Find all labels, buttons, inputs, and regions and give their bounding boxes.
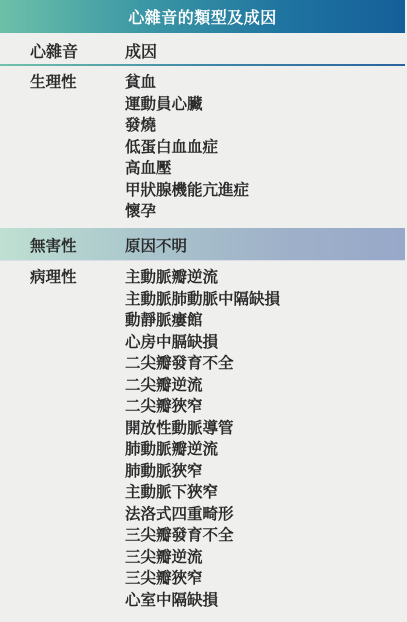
cause-item: 開放性動脈導管 <box>125 418 280 440</box>
table-header: 心雜音 成因 <box>0 33 407 64</box>
murmur-type: 病理性 <box>30 267 77 289</box>
cause-item: 主動脈瓣逆流 <box>125 267 280 289</box>
cause-item: 主動脈肺動脈中隔缺損 <box>125 289 280 311</box>
group-innocent: 無害性 原因不明 <box>0 228 405 261</box>
cause-list: 主動脈瓣逆流 主動脈肺動脈中隔缺損 動靜脈瘻館 心房中膈缺損 二尖瓣發育不全 二… <box>125 267 280 611</box>
cause-item: 甲狀腺機能亢進症 <box>125 180 249 202</box>
cause-item: 原因不明 <box>125 234 187 256</box>
cause-item: 主動脈下狹窄 <box>125 482 280 504</box>
cause-item: 三尖瓣逆流 <box>125 547 280 569</box>
cause-item: 肺動脈狹窄 <box>125 461 280 483</box>
cause-item: 貧血 <box>125 72 249 94</box>
table-title: 心雜音的類型及成因 <box>0 0 405 33</box>
column-header-murmur: 心雜音 <box>30 39 78 62</box>
cause-item: 發燒 <box>125 115 249 137</box>
cause-item: 二尖瓣狹窄 <box>125 396 280 418</box>
cause-item: 運動員心臟 <box>125 94 249 116</box>
murmur-type: 無害性 <box>30 234 77 256</box>
cause-item: 心室中隔缺損 <box>125 590 280 612</box>
cause-item: 二尖瓣逆流 <box>125 375 280 397</box>
cause-item: 二尖瓣發育不全 <box>125 353 280 375</box>
cause-item: 三尖瓣狹窄 <box>125 568 280 590</box>
cause-list: 貧血 運動員心臟 發燒 低蛋白血血症 高血壓 甲狀腺機能亢進症 懷孕 <box>125 72 249 223</box>
cause-item: 動靜脈瘻館 <box>125 310 280 332</box>
cause-item: 懷孕 <box>125 201 249 223</box>
header-divider <box>0 64 405 66</box>
cause-item: 法洛式四重畸形 <box>125 504 280 526</box>
murmur-type: 生理性 <box>30 72 77 94</box>
column-header-cause: 成因 <box>125 39 157 62</box>
cause-item: 肺動脈瓣逆流 <box>125 439 280 461</box>
cause-item: 低蛋白血血症 <box>125 137 249 159</box>
cause-item: 高血壓 <box>125 158 249 180</box>
cause-item: 三尖瓣發育不全 <box>125 525 280 547</box>
cause-item: 心房中膈缺損 <box>125 332 280 354</box>
